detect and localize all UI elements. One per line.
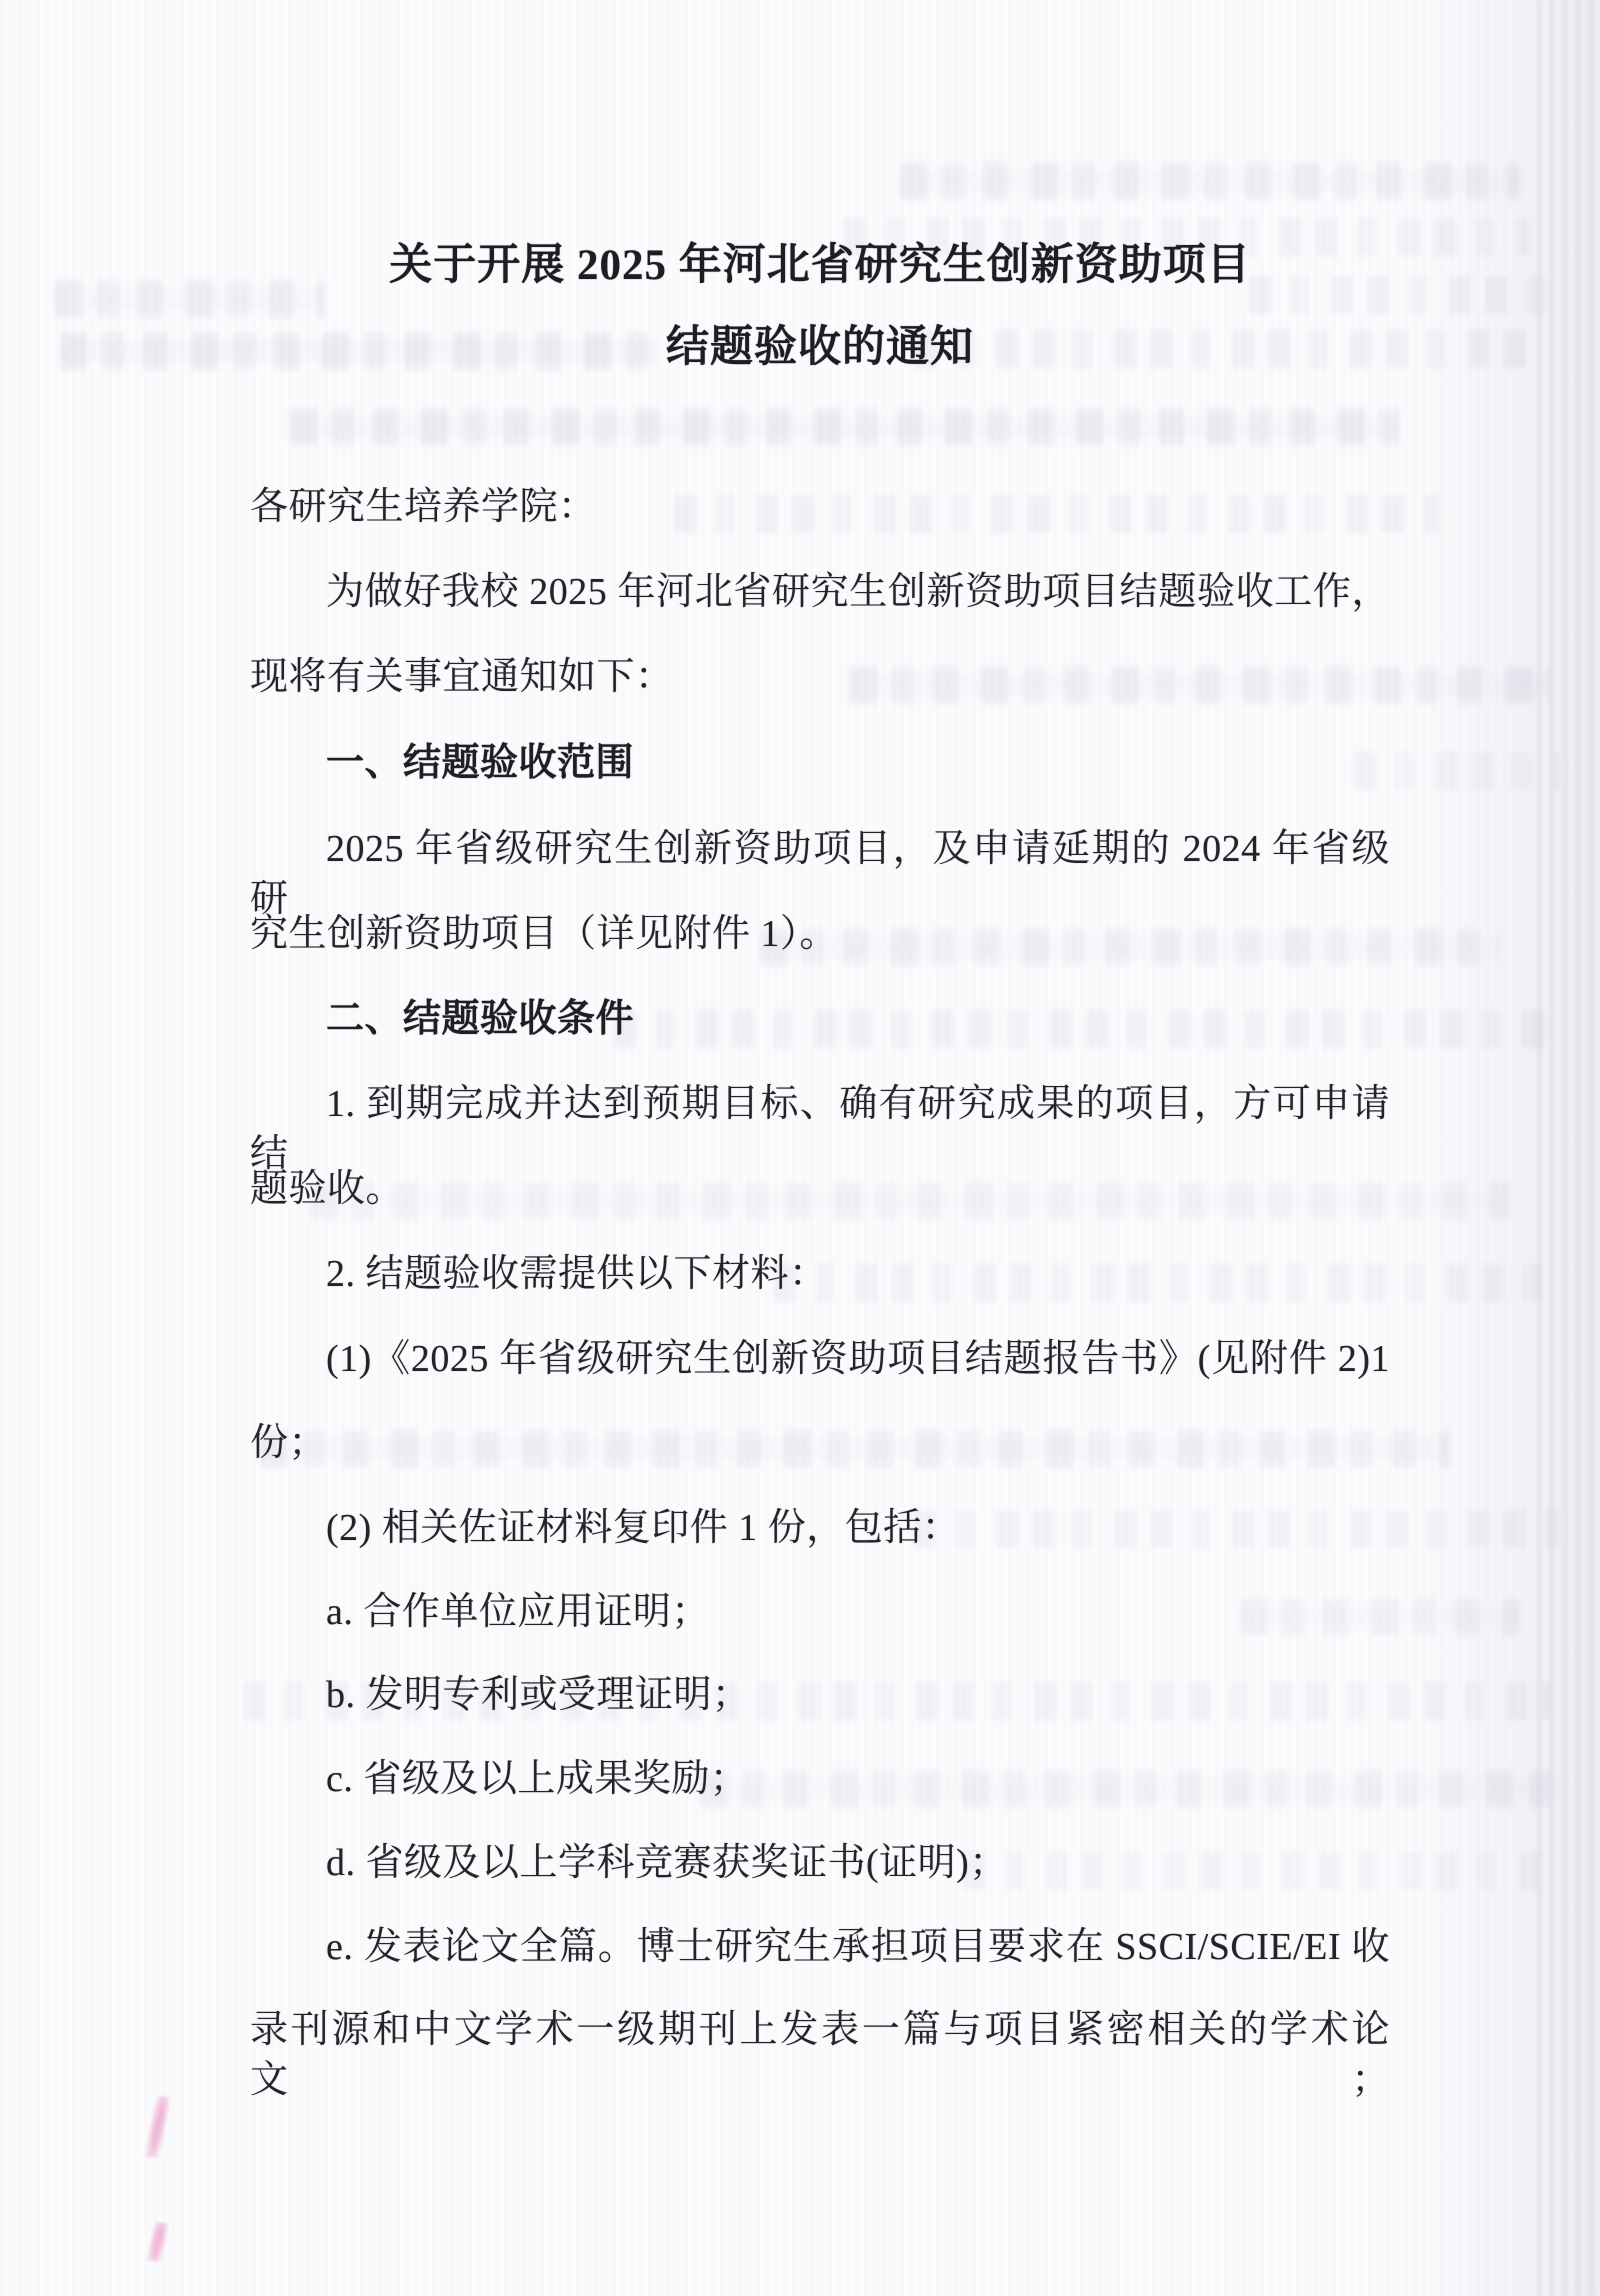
material-sub-d: d. 省级及以上学科竞赛获奖证书(证明)；: [250, 1838, 1390, 1888]
section2-item1-line-2: 题验收。: [250, 1164, 1390, 1214]
material-1-line-1: (1)《2025 年省级研究生创新资助项目结题报告书》(见附件 2)1: [250, 1334, 1390, 1384]
notice-title-line-1: 关于开展 2025 年河北省研究生创新资助项目: [250, 238, 1390, 294]
scanned-notice-page: 关于开展 2025 年河北省研究生创新资助项目 结题验收的通知 各研究生培养学院…: [0, 0, 1600, 2296]
material-1-line-2: 份；: [250, 1418, 1390, 1468]
material-sub-c: c. 省级及以上成果奖励；: [250, 1754, 1390, 1804]
salutation-line: 各研究生培养学院：: [250, 482, 1390, 532]
material-sub-b: b. 发明专利或受理证明；: [250, 1670, 1390, 1720]
pink-ink-mark: [145, 2095, 172, 2159]
section1-heading: 一、结题验收范围: [250, 738, 1390, 788]
material-sub-e-line-1: e. 发表论文全篇。博士研究生承担项目要求在 SSCI/SCIE/EI 收: [250, 1922, 1390, 1972]
bleed-through-artifact: [290, 408, 1400, 446]
notice-title-line-2: 结题验收的通知: [250, 320, 1390, 376]
intro-line-2: 现将有关事宜通知如下：: [250, 652, 1390, 702]
material-sub-e-line-2: 录刊源和中文学术一级期刊上发表一篇与项目紧密相关的学术论文；: [250, 2005, 1390, 2105]
scan-edge-band: [1536, 0, 1600, 2296]
bleed-through-artifact: [900, 162, 1520, 200]
section2-item2: 2. 结题验收需提供以下材料：: [250, 1249, 1390, 1299]
material-sub-a: a. 合作单位应用证明；: [250, 1587, 1390, 1637]
section1-body-line-2: 究生创新资助项目（详见附件 1）。: [250, 909, 1390, 959]
material-2: (2) 相关佐证材料复印件 1 份，包括：: [250, 1503, 1390, 1553]
section2-heading: 二、结题验收条件: [250, 994, 1390, 1044]
intro-line-1: 为做好我校 2025 年河北省研究生创新资助项目结题验收工作，: [250, 567, 1390, 617]
pink-ink-mark: [147, 2221, 170, 2263]
